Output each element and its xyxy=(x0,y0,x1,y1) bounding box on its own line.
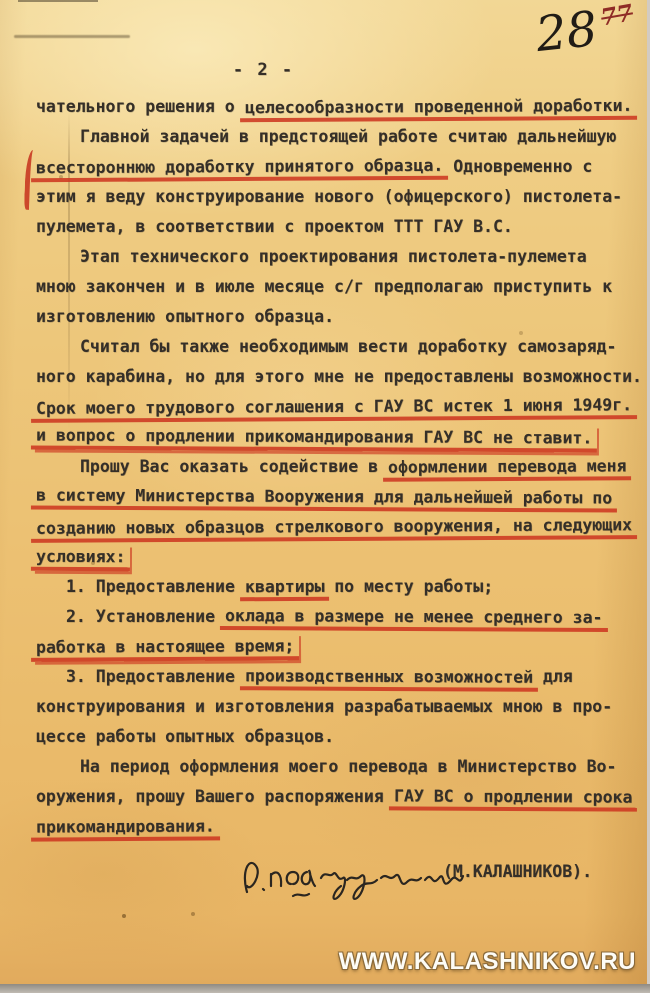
text-segment: по месту работы; xyxy=(324,577,493,596)
text-line: Этап технического проектирования пистоле… xyxy=(36,242,644,272)
text-line: Срок моего трудового соглашения с ГАУ ВС… xyxy=(36,392,644,422)
text-segment: Прошу Вас оказать содействие в xyxy=(80,457,388,476)
text-segment: ного карабина, но для этого мне не предо… xyxy=(36,367,642,386)
underlined-text: оформлении перевода меня xyxy=(383,451,632,482)
red-folio-number: 77 xyxy=(599,0,635,32)
text-line: условиях: xyxy=(36,542,644,572)
underlined-text: и вопрос о продлении прикомандирования Г… xyxy=(31,421,597,453)
signature-block: (М.КАЛАШНИКОВ). xyxy=(235,846,635,908)
underlined-text: квартиры xyxy=(240,572,330,602)
underlined-text: условиях: xyxy=(31,542,131,572)
text-segment: этим я веду конструирование нового (офиц… xyxy=(36,187,622,206)
text-line: и вопрос о продлении прикомандирования Г… xyxy=(36,422,644,452)
paper-crease-horizontal xyxy=(14,35,130,38)
text-segment: 2. Установление xyxy=(66,607,225,626)
text-segment: для xyxy=(533,667,573,686)
underlined-text: всестороннюю доработку принятого образца… xyxy=(31,151,448,183)
text-segment: оружения, прошу Вашего распоряжения xyxy=(36,787,394,806)
text-segment: мною закончен и в июле месяце с/г предпо… xyxy=(36,277,612,296)
text-line: ного карабина, но для этого мне не предо… xyxy=(36,362,644,392)
text-segment: чательного решения о xyxy=(36,97,245,116)
underlined-text: производственных возможностей xyxy=(240,661,538,692)
text-line: созданию новых образцов стрелкового воор… xyxy=(36,512,644,542)
underlined-text: созданию новых образцов стрелкового воор… xyxy=(31,510,637,543)
text-segment: конструирования и изготовления разрабаты… xyxy=(36,697,612,716)
underlined-text: целесообразности проведенной доработки. xyxy=(240,91,638,122)
text-line: Главной задачей в предстоящей работе счи… xyxy=(36,122,644,152)
text-line: цессе работы опытных образцов. xyxy=(36,722,644,752)
handwritten-page-number: 28 xyxy=(533,1,600,63)
underlined-text: ГАУ ВС о продлении срока xyxy=(389,781,638,811)
text-line: 1. Предоставление квартиры по месту рабо… xyxy=(36,572,644,602)
text-segment: 3. Предоставление xyxy=(66,667,245,686)
text-line: всестороннюю доработку принятого образца… xyxy=(36,152,644,182)
text-segment: изготовлению опытного образца. xyxy=(36,307,334,326)
text-segment: На период оформления моего перевода в Ми… xyxy=(80,757,616,776)
underlined-text: Срок моего трудового соглашения с ГАУ ВС… xyxy=(31,390,637,423)
signature-scrawl xyxy=(235,848,465,906)
underlined-text: прикомандирования. xyxy=(31,811,220,841)
text-line: изготовлению опытного образца. xyxy=(36,302,644,332)
text-line: прикомандирования. xyxy=(36,812,644,842)
text-line: в систему Министерства Вооружения для да… xyxy=(36,482,644,512)
text-segment: пулемета, в соответствии с проектом ТТТ … xyxy=(36,217,513,236)
text-line: Считал бы также необходимым вести дорабо… xyxy=(36,332,644,362)
text-segment: Считал бы также необходимым вести дорабо… xyxy=(80,337,616,356)
scan-edge-bottom xyxy=(0,984,650,993)
text-line: чательного решения о целесообразности пр… xyxy=(36,92,644,122)
text-line: На период оформления моего перевода в Ми… xyxy=(36,752,644,782)
text-line: мною закончен и в июле месяце с/г предпо… xyxy=(36,272,644,302)
text-segment: Главной задачей в предстоящей работе счи… xyxy=(80,127,616,146)
text-segment: 1. Предоставление xyxy=(66,577,245,596)
typed-page-number: - 2 - xyxy=(36,60,491,80)
text-line: 3. Предоставление производственных возмо… xyxy=(36,662,644,692)
text-segment: Одновременно с xyxy=(443,157,592,176)
scan-edge-top-smudge xyxy=(18,0,98,2)
text-line: работка в настоящее время; xyxy=(36,632,644,662)
text-line: оружения, прошу Вашего распоряжения ГАУ … xyxy=(36,782,644,812)
underlined-text: работка в настоящее время; xyxy=(31,631,299,662)
signature-typed-name: (М.КАЛАШНИКОВ). xyxy=(443,862,592,881)
underlined-text: оклада в размере не менее среднего за- xyxy=(220,601,608,632)
paper-specks xyxy=(0,0,2,2)
text-line: пулемета, в соответствии с проектом ТТТ … xyxy=(36,212,644,242)
text-line: Прошу Вас оказать содействие в оформлени… xyxy=(36,452,644,482)
underlined-text: в систему Министерства Вооружения для да… xyxy=(31,480,617,512)
text-line: 2. Установление оклада в размере не мене… xyxy=(36,602,644,632)
text-segment: Этап технического проектирования пистоле… xyxy=(80,247,587,266)
document-lines: чательного решения о целесообразности пр… xyxy=(36,92,644,842)
text-segment: цессе работы опытных образцов. xyxy=(36,727,334,746)
text-line: этим я веду конструирование нового (офиц… xyxy=(36,182,644,212)
scanned-document-page: 28 77 - 2 - чательного решения о целесоо… xyxy=(0,0,650,993)
watermark-text: WWW.KALASHNIKOV.RU xyxy=(339,948,636,976)
text-line: конструирования и изготовления разрабаты… xyxy=(36,692,644,722)
